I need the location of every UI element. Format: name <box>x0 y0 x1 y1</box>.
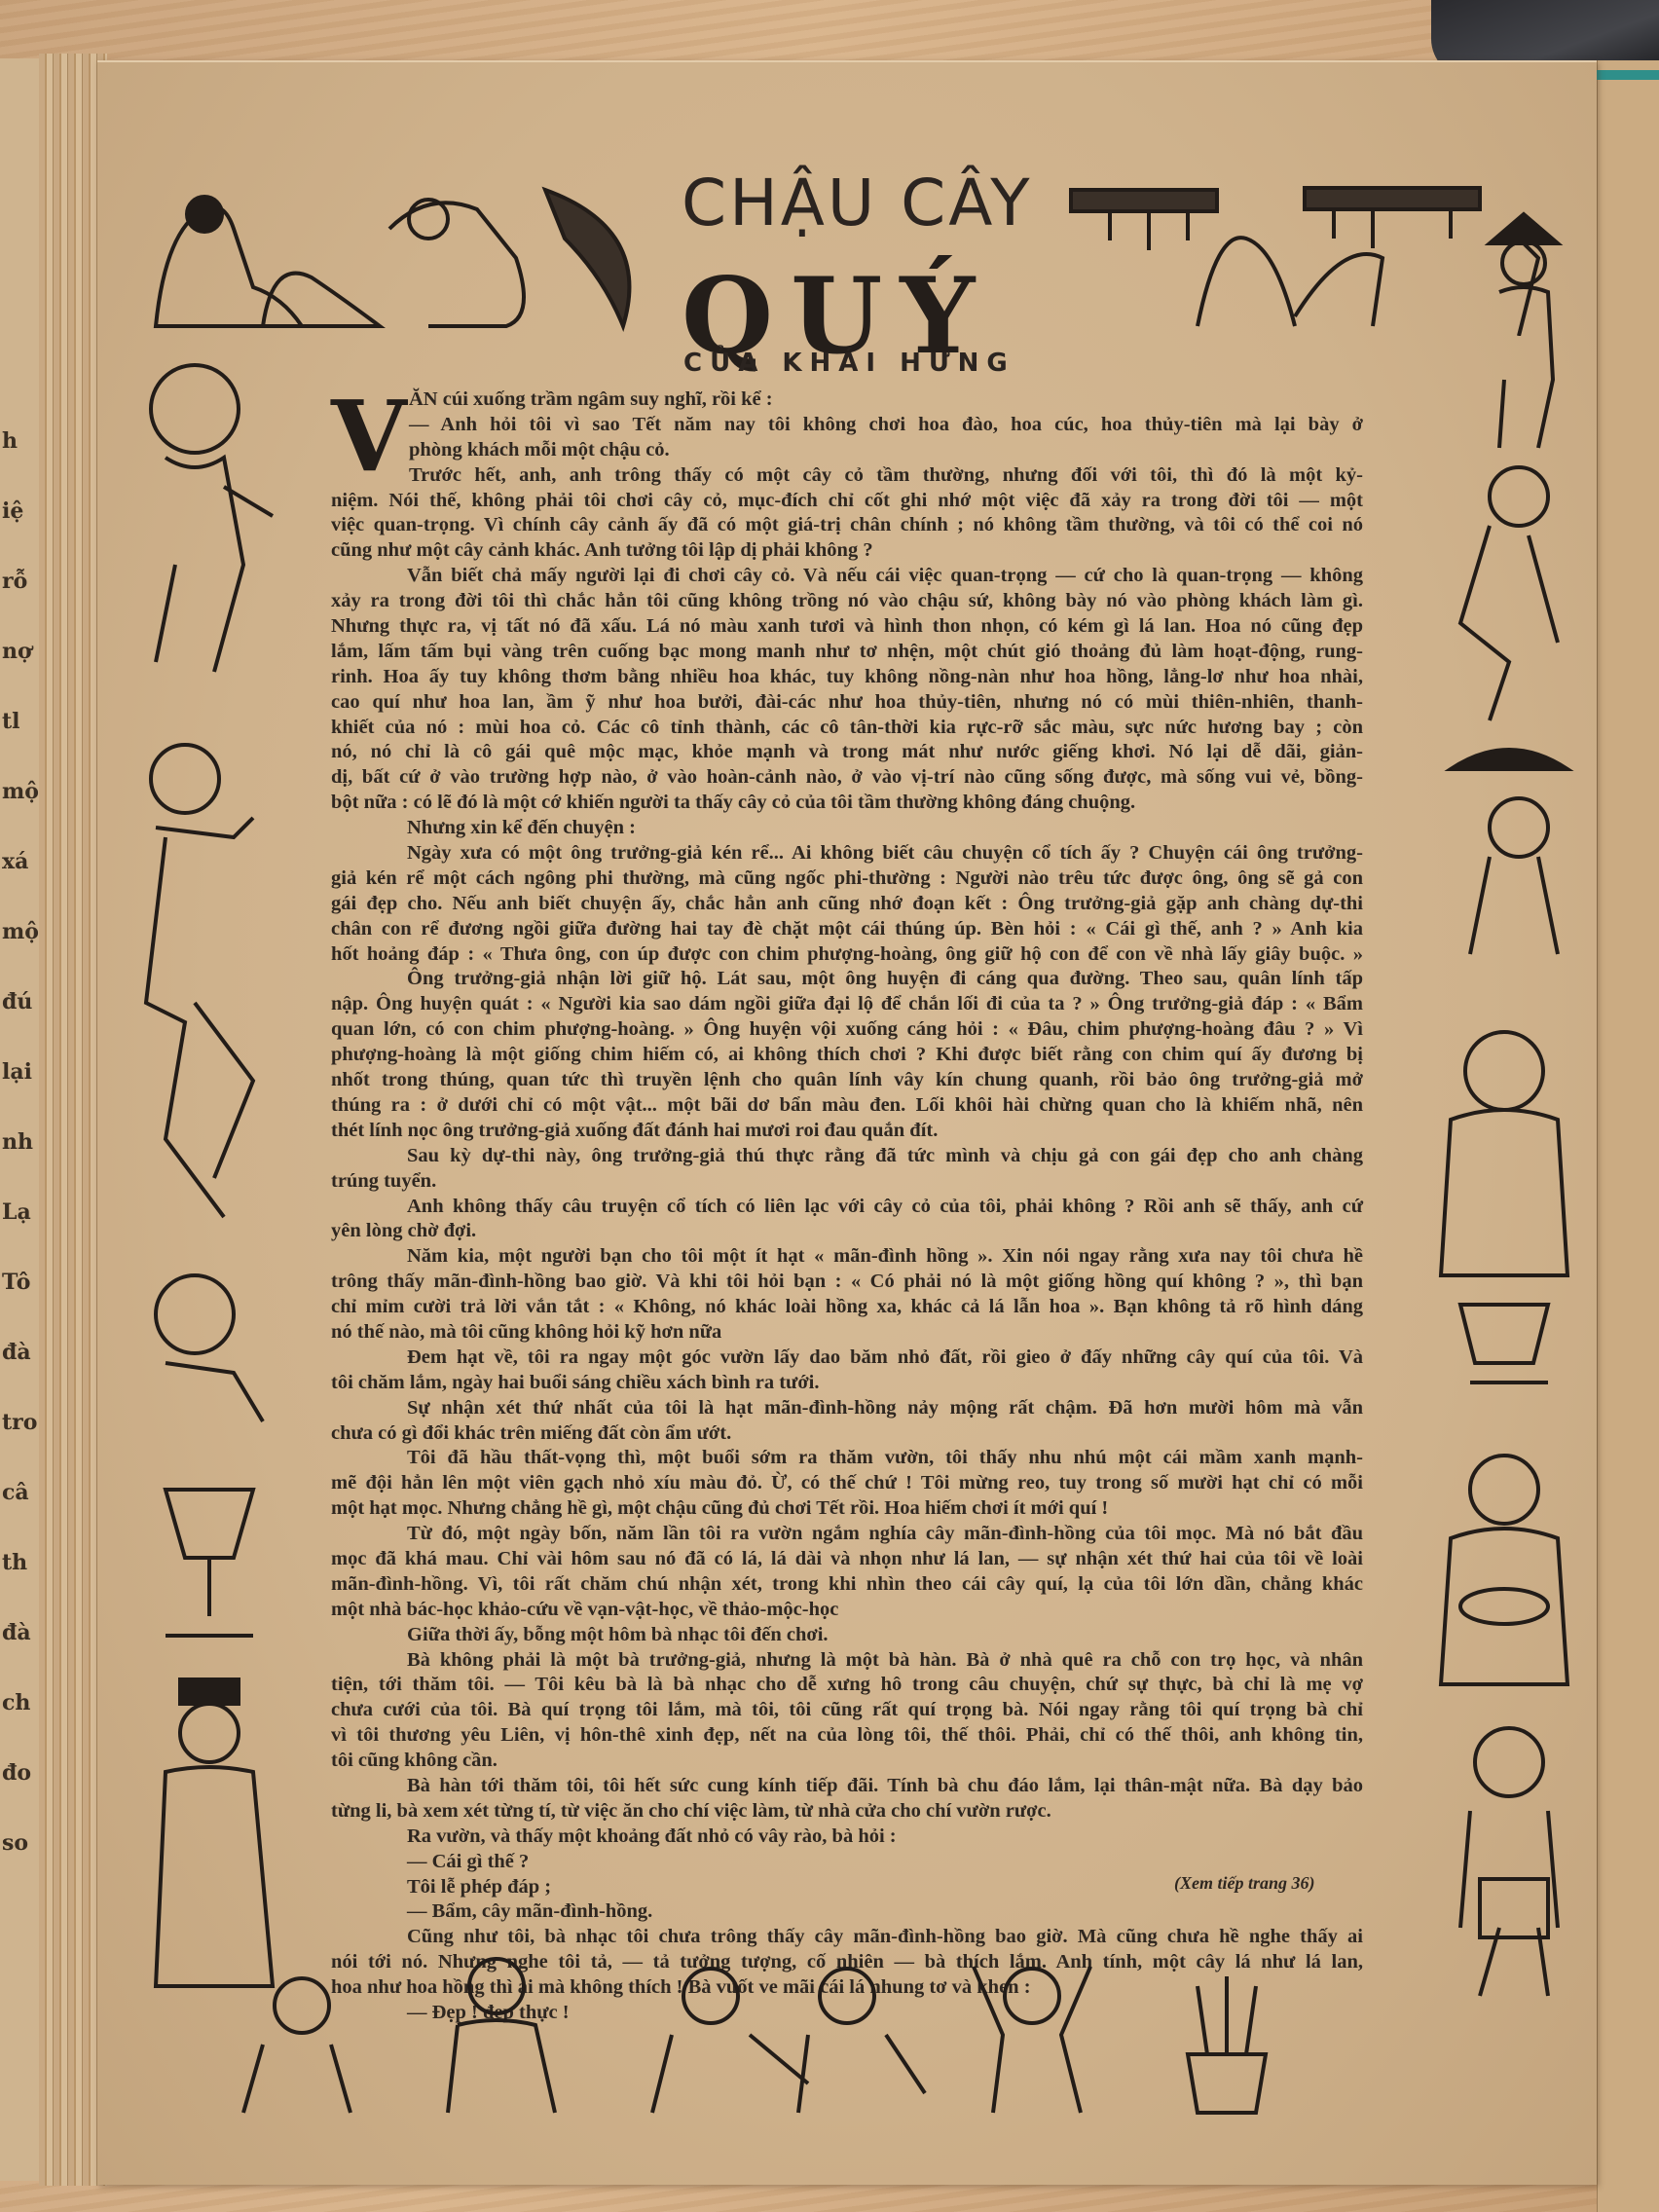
previous-page-text-fragment: tro <box>2 1410 37 1435</box>
text-line: gái đẹp cho. Nếu anh biết chuyện ấy, chắ… <box>331 892 1363 917</box>
text-line: Bà hàn tới thăm tôi, tôi hết sức cung kí… <box>331 1774 1363 1799</box>
woodcut-umbrella-figure-icon <box>370 170 662 336</box>
text-line: việc quan-trọng. Vì chính cây cảnh ấy đã… <box>331 513 1363 538</box>
previous-page-text-fragment: đà <box>2 1620 31 1645</box>
text-line: thét lính nọc ông trưởng-giả xuống đất đ… <box>331 1119 1363 1144</box>
woodcut-man-holding-tray-icon <box>1431 740 1587 974</box>
woodcut-man-bending-icon <box>1431 448 1587 730</box>
text-line: Sự nhận xét thứ nhất của tôi là hạt mãn-… <box>331 1396 1363 1421</box>
previous-page-text-fragment: nh <box>2 1129 33 1155</box>
previous-page-text-fragment: Lạ <box>2 1199 31 1225</box>
text-line: tôi chăm lắm, ngày hai buổi sáng chiều x… <box>331 1371 1363 1396</box>
woodcut-figures-top-left-icon <box>136 170 389 336</box>
text-line: chưa cưới của tôi. Bà quí trọng tôi lắm,… <box>331 1698 1363 1723</box>
woodcut-man-drinking-icon <box>107 350 282 682</box>
teal-cover-edge <box>1597 70 1659 80</box>
text-line: Nhưng thực ra, vị tất nó đã xấu. Lá nó m… <box>331 614 1363 640</box>
text-line: phượng-hoàng là một giống chim hiếm có, … <box>331 1043 1363 1068</box>
text-line: mẽ đội hẳn lên một viên gạch nhỏ xíu màu… <box>331 1471 1363 1496</box>
text-line: Vẫn biết chả mấy người lại đi chơi cây c… <box>331 564 1363 589</box>
text-line: — Anh hỏi tôi vì sao Tết năm nay tôi khô… <box>331 413 1363 438</box>
previous-page-text-fragment: iệ <box>2 498 23 524</box>
previous-page-text-fragment: so <box>2 1830 28 1856</box>
article-title-line1: CHẬU CÂY <box>682 166 1033 240</box>
text-line: cũng như một cây cảnh khác. Anh tưởng tô… <box>331 538 1363 564</box>
text-line: Nhưng xin kể đến chuyện : <box>331 816 1363 841</box>
text-line: bột nữa : có lẽ đó là một cớ khiến người… <box>331 791 1363 816</box>
text-line: Từ đó, một ngày bốn, năm lần tôi ra vườn… <box>331 1522 1363 1547</box>
text-line: — Cái gì thế ? <box>331 1850 1363 1875</box>
next-page-edge <box>1597 60 1659 2212</box>
previous-page-text-fragment: tl <box>2 709 20 734</box>
text-line: thúng ra : ở dưới chỉ có một vật... một … <box>331 1093 1363 1119</box>
text-line: nhốt trong thúng, quan tức thì truyền lệ… <box>331 1068 1363 1093</box>
text-line: trông thấy mãn-đình-hồng bao giờ. Và khi… <box>331 1270 1363 1295</box>
previous-page-text-fragment: ch <box>2 1690 30 1715</box>
text-line: mãn-đình-hồng. Vì, tôi rất chăm chú nhận… <box>331 1572 1363 1598</box>
previous-page-text-fragment: nợ <box>2 639 32 664</box>
woodcut-soldier-icon <box>1460 204 1587 458</box>
text-line: hốt hoảng đáp : « Thưa ông, con úp được … <box>331 942 1363 968</box>
text-line: quan lớn, có con chim phượng-hoàng. » Ôn… <box>331 1017 1363 1043</box>
text-line: từng li, bà xem xét từng tí, từ việc ăn … <box>331 1799 1363 1825</box>
article-body: ĂN cúi xuống trầm ngâm suy nghĩ, rồi kể … <box>331 387 1363 2026</box>
text-line: giả kén rể một cách ngông phi thường, mà… <box>331 866 1363 892</box>
text-line: nó thế nào, mà tôi cũng không hỏi kỹ hơn… <box>331 1320 1363 1346</box>
text-line: phòng khách mỗi một chậu cỏ. <box>331 438 1363 463</box>
text-line: một hạt mọc. Nhưng chẳng hề gì, một chậu… <box>331 1496 1363 1522</box>
woodcut-man-watering-icon <box>1421 1714 1587 2006</box>
previous-page-text-fragment: th <box>2 1550 27 1575</box>
previous-page-text-fragment: h <box>2 428 18 454</box>
woodcut-bottom-crowd-icon <box>224 1947 1344 2122</box>
text-line: vì tôi thương yêu Liên, vị hôn-thê xinh … <box>331 1723 1363 1749</box>
woodcut-man-leaping-icon <box>107 730 282 1236</box>
text-line: Bà không phải là một bà trưởng-giả, nhưn… <box>331 1648 1363 1674</box>
text-line: rinh. Hoa ấy tuy không thơm bằng nhiều h… <box>331 665 1363 690</box>
text-line: cao quí như hoa lan, ầm ỹ như hoa bưởi, … <box>331 690 1363 716</box>
text-line: Giữa thời ấy, bỗng một hôm bà nhạc tôi đ… <box>331 1623 1363 1648</box>
previous-page-text-fragment: mộ <box>2 779 39 804</box>
text-line: khiết của nó : mùi hoa cỏ. Các cô tỉnh t… <box>331 716 1363 741</box>
text-line: chưa có gì đổi khác trên miếng đất còn ẩ… <box>331 1421 1363 1447</box>
text-line: nập. Ông huyện quát : « Người kia sao dá… <box>331 992 1363 1017</box>
text-line: tiện, tới thăm tôi. — Tôi kêu bà là bà n… <box>331 1673 1363 1698</box>
text-line: trúng tuyển. <box>331 1169 1363 1195</box>
woodcut-fat-man-with-pot-icon <box>1421 1013 1587 1431</box>
previous-page-text-fragment: đà <box>2 1340 31 1365</box>
text-line: nó, nó chỉ là cô gái quê mộc mạc, khỏe m… <box>331 740 1363 765</box>
text-line: lắm, lấm tấm bụi vàng trên cuống bạc mon… <box>331 640 1363 665</box>
text-line: Năm kia, một người bạn cho tôi một ít hạ… <box>331 1244 1363 1270</box>
previous-page-text-fragment: xá <box>2 849 28 874</box>
previous-page-text-fragment: câ <box>2 1480 29 1505</box>
text-line: Ông trưởng-giả nhận lời giữ hộ. Lát sau,… <box>331 967 1363 992</box>
previous-page-text-fragment: đú <box>2 989 32 1014</box>
text-line: tôi cũng không cần. <box>331 1749 1363 1774</box>
previous-page-text-fragment: đo <box>2 1760 31 1786</box>
text-line: ĂN cúi xuống trầm ngâm suy nghĩ, rồi kể … <box>331 387 1363 413</box>
text-line: niệm. Nói thế, không phải tôi chơi cây c… <box>331 489 1363 514</box>
continuation-note: (Xem tiếp trang 36) <box>1174 1873 1315 1894</box>
text-line: Anh không thấy câu truyện cổ tích có liê… <box>331 1195 1363 1220</box>
woodcut-boy-with-mortar-icon <box>127 1266 292 1655</box>
text-line: một nhà bác-học khảo-cứu về vạn-vật-học,… <box>331 1598 1363 1623</box>
text-line: mọc đã khá mau. Chỉ vài hôm sau nó đã có… <box>331 1547 1363 1572</box>
text-line: Sau kỳ dự-thi này, ông trưởng-giả thú th… <box>331 1144 1363 1169</box>
text-line: chân con rể đương ngồi giữa đường hai ta… <box>331 917 1363 942</box>
previous-page-text-fragment: lại <box>2 1059 32 1085</box>
text-line: Ra vườn, và thấy một khoảng đất nhỏ có v… <box>331 1825 1363 1850</box>
previous-page-text-fragment: rỗ <box>2 569 27 594</box>
previous-page-text-fragment: mộ <box>2 919 39 944</box>
previous-page-text-fragment: Tô <box>2 1270 30 1295</box>
text-line: xảy ra trong đời tôi thì chắc hẳn tôi cũ… <box>331 589 1363 614</box>
text-line: chỉ mỉm cười trả lời vắn tắt : « Không, … <box>331 1295 1363 1320</box>
text-line: Đem hạt về, tôi ra ngay một góc vườn lấy… <box>331 1346 1363 1371</box>
text-line: Trước hết, anh, anh trông thấy có một câ… <box>331 463 1363 489</box>
text-line: yên lòng chờ đợi. <box>331 1219 1363 1244</box>
text-line: Ngày xưa có một ông trưởng-giả kén rể...… <box>331 841 1363 866</box>
text-line: — Bẩm, cây mãn-đình-hồng. <box>331 1899 1363 1925</box>
text-line: dị, bất cứ ở vào trường hợp nào, ở vào h… <box>331 765 1363 791</box>
text-line: Tôi đã hầu thất-vọng thì, một buổi sớm r… <box>331 1446 1363 1471</box>
article-byline: CỦA KHÁI HƯNG <box>683 349 1015 378</box>
woodcut-man-with-bowl-icon <box>1421 1441 1587 1694</box>
